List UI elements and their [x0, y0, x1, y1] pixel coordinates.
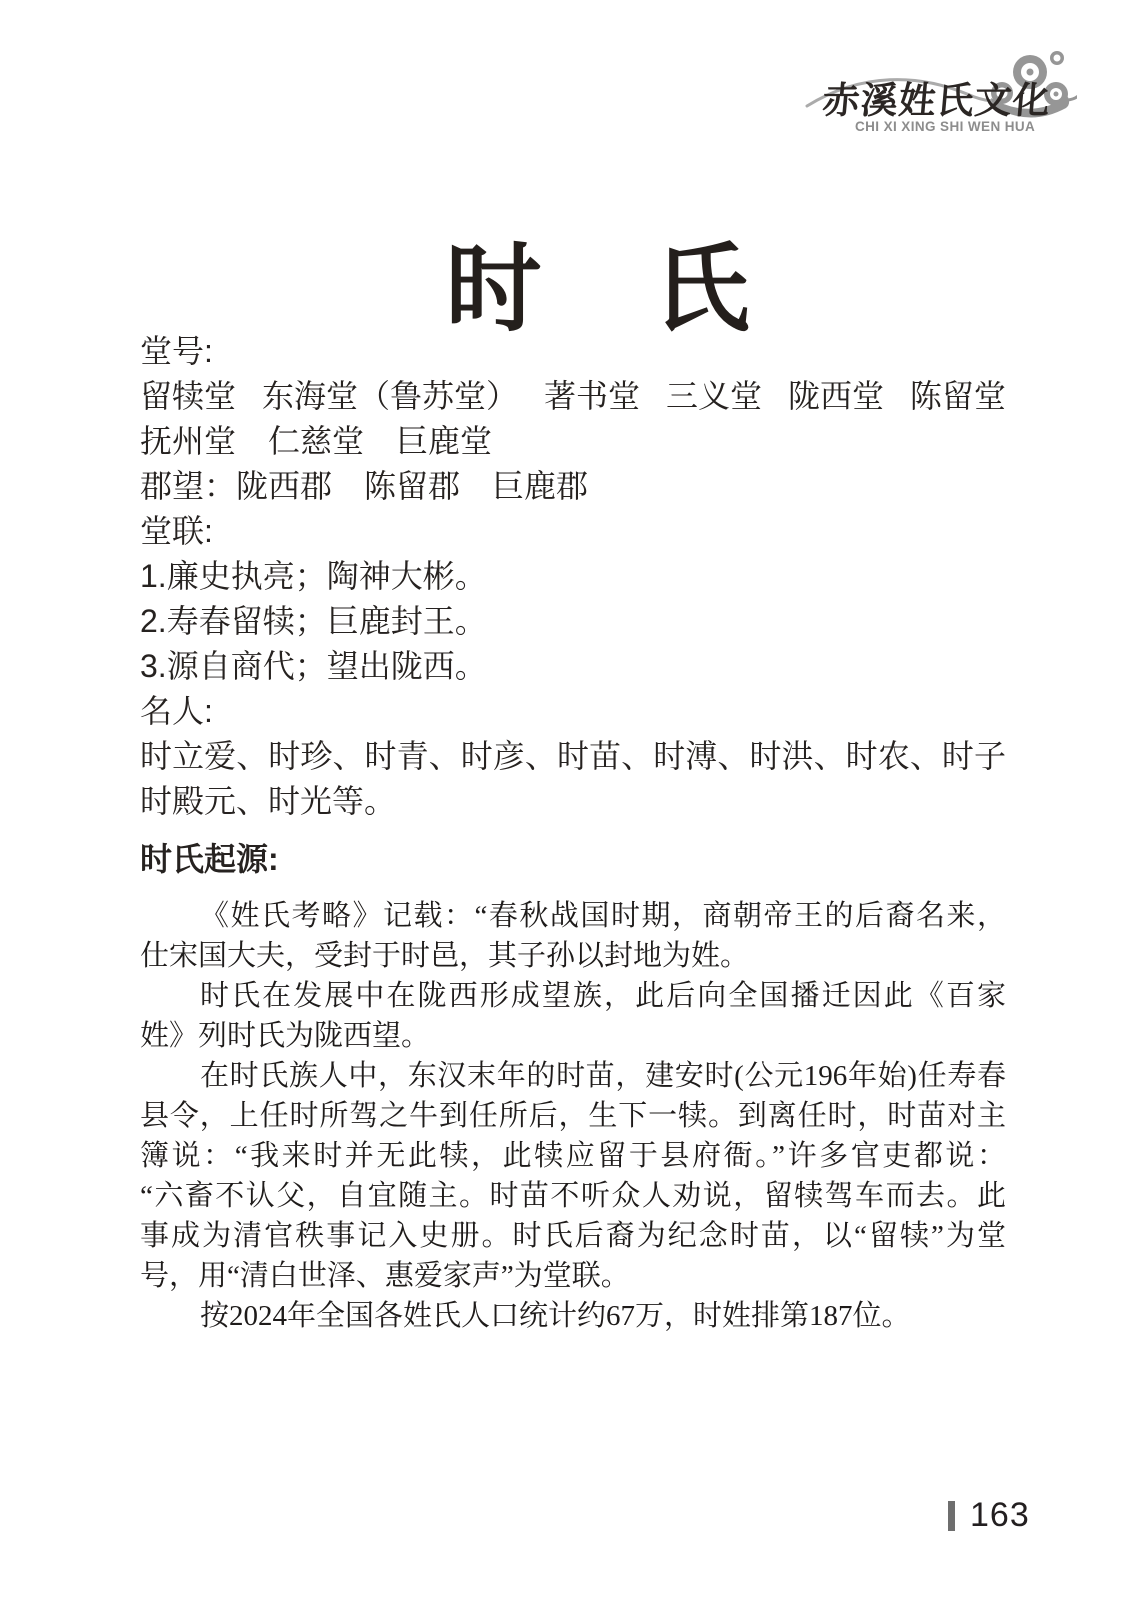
tanghao-label: 堂号: — [140, 329, 1006, 374]
hall-name: 留犊堂 — [140, 374, 236, 419]
mingren-row-2: 时殿元、时光等。 — [140, 779, 1006, 824]
tanglian-item: 3.源自商代；望出陇西。 — [140, 644, 1006, 689]
origin-text-line: 按2024年全国各姓氏人口统计约67万，时姓排第187位。 — [140, 1296, 1006, 1336]
origin-text-line: 在时氏族人中，东汉末年的时苗，建安时(公元196年始)任寿春 — [140, 1056, 1006, 1096]
page-footer: 163 — [948, 1496, 1030, 1535]
brand-logo: 赤溪姓氏文化 CHI XI XING SHI WEN HUA — [737, 42, 1077, 154]
tanglian-label: 堂联: — [140, 509, 1006, 554]
tanglian-item: 2.寿春留犊；巨鹿封王。 — [140, 599, 1006, 644]
hall-name: 著书堂 — [544, 374, 640, 419]
hall-name: 东海堂（鲁苏堂） — [262, 374, 518, 419]
title-char-2: 氏 — [654, 236, 750, 343]
origin-text-line: 时氏在发展中在陇西形成望族，此后向全国播迁因此《百家 — [140, 976, 1006, 1016]
main-content: 堂号: 留犊堂 东海堂（鲁苏堂） 著书堂 三义堂 陇西堂 陈留堂 抚州堂 仁慈堂… — [140, 329, 1006, 1336]
page-number-marker — [948, 1501, 955, 1531]
origin-text-line: 仕宋国大夫，受封于时邑，其子孙以封地为姓。 — [140, 936, 1006, 976]
origin-body: 《姓氏考略》记载：“春秋战国时期，商朝帝王的后裔名来， 仕宋国大夫，受封于时邑，… — [140, 896, 1006, 1336]
hall-name: 陇西堂 — [788, 374, 884, 419]
page-title: 时氏 — [0, 240, 1125, 340]
hall-name: 陈留堂 — [910, 374, 1006, 419]
origin-text-line: 姓》列时氏为陇西望。 — [140, 1016, 1006, 1056]
brand-title: 赤溪姓氏文化 — [821, 70, 1054, 124]
book-page: 赤溪姓氏文化 CHI XI XING SHI WEN HUA 时氏 堂号: 留犊… — [0, 0, 1125, 1600]
tanglian-item: 1.廉史执亮；陶神大彬。 — [140, 554, 1006, 599]
page-number: 163 — [970, 1496, 1030, 1535]
tanghao-row-1: 留犊堂 东海堂（鲁苏堂） 著书堂 三义堂 陇西堂 陈留堂 — [140, 374, 1006, 419]
mingren-label: 名人: — [140, 689, 1006, 734]
origin-text-line: 事成为清官秩事记入史册。时氏后裔为纪念时苗，以“留犊”为堂 — [140, 1216, 1006, 1256]
brand-caption: CHI XI XING SHI WEN HUA — [855, 119, 1035, 134]
tanghao-row-2: 抚州堂 仁慈堂 巨鹿堂 — [140, 419, 1006, 464]
title-char-1: 时 — [446, 236, 542, 343]
hall-name: 三义堂 — [666, 374, 762, 419]
origin-text-line: 簿说：“我来时并无此犊，此犊应留于县府衙。”许多官吏都说： — [140, 1136, 1006, 1176]
origin-text-line: “六畜不认父，自宜随主。时苗不听众人劝说，留犊驾车而去。此 — [140, 1176, 1006, 1216]
origin-heading: 时氏起源: — [140, 837, 1006, 882]
mingren-row-1: 时立爱、时珍、时青、时彦、时苗、时溥、时洪、时农、时子 — [140, 734, 1006, 779]
origin-text-line: 号，用“清白世泽、惠爱家声”为堂联。 — [140, 1256, 1006, 1296]
junwang-line: 郡望：陇西郡 陈留郡 巨鹿郡 — [140, 464, 1006, 509]
origin-text-line: 《姓氏考略》记载：“春秋战国时期，商朝帝王的后裔名来， — [140, 896, 1006, 936]
origin-text-line: 县令，上任时所驾之牛到任所后，生下一犊。到离任时，时苗对主 — [140, 1096, 1006, 1136]
